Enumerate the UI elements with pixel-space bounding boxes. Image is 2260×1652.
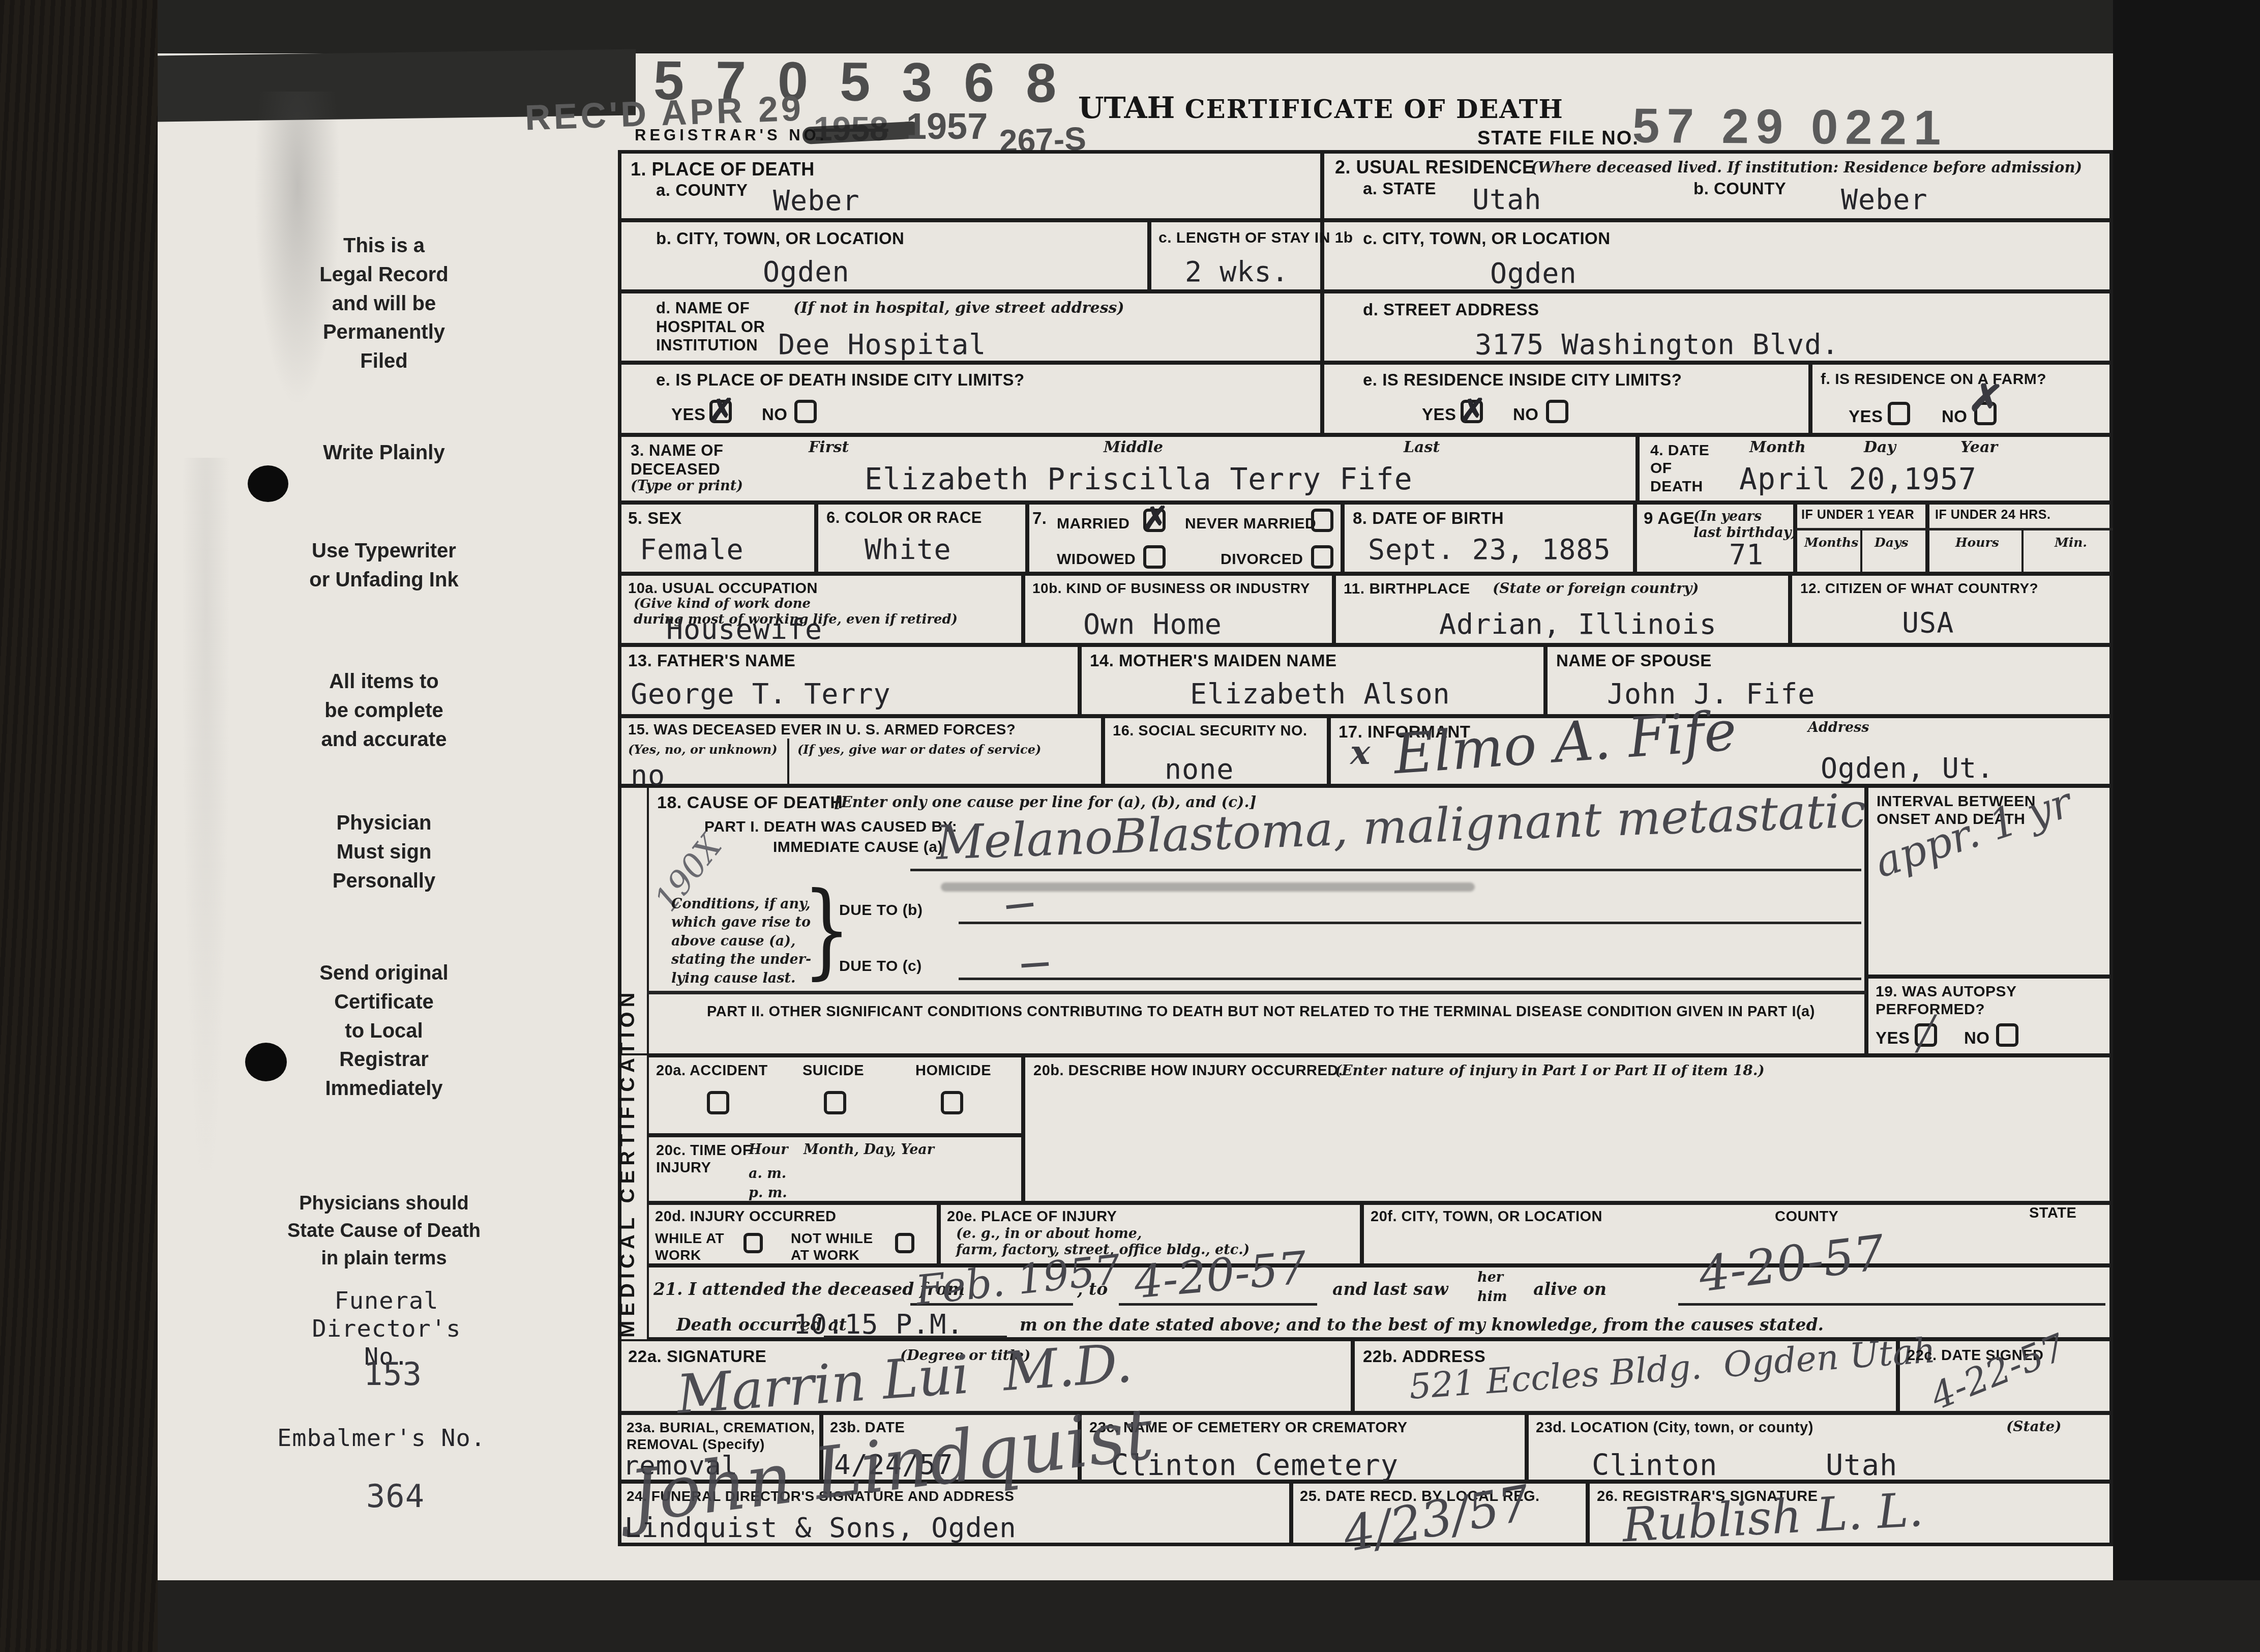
while-at-work-label: WHILE AT WORK <box>655 1230 724 1263</box>
margin-note-write-plainly: Write Plainly <box>270 438 498 467</box>
last-saw-label: and last saw <box>1332 1279 1448 1300</box>
farm-yes-checkbox <box>1888 402 1910 425</box>
death-city-limits-label: e. IS PLACE OF DEATH INSIDE CITY LIMITS? <box>656 370 1025 390</box>
type-or-print-note: (Type or print) <box>631 478 743 494</box>
days-label: Days <box>1875 535 1908 550</box>
to-label: , to <box>1077 1279 1108 1300</box>
min-label: Min. <box>2055 535 2087 550</box>
death-limits-no-checkbox <box>794 400 817 423</box>
widowed-label: WIDOWED <box>1057 550 1136 568</box>
first-label: First <box>809 438 849 457</box>
farm-no-check: ✗ <box>1966 373 2005 424</box>
state-file-no-label: STATE FILE NO. <box>1477 127 1639 150</box>
due-to-c-label: DUE TO (c) <box>839 957 922 975</box>
mother-value: Elizabeth Alson <box>1190 677 1450 710</box>
usual-residence-label: 2. USUAL RESIDENCE <box>1335 157 1534 178</box>
citizen-label: 12. CITIZEN OF WHAT COUNTRY? <box>1800 580 2038 597</box>
death-limits-yes-label: YES <box>671 405 706 425</box>
place-of-injury-label: 20e. PLACE OF INJURY <box>947 1208 1117 1225</box>
under24-col-divider <box>2021 530 2024 574</box>
res-state-label: a. STATE <box>1363 179 1436 199</box>
margin-note-plain-terms: Physicians should State Cause of Death i… <box>244 1190 524 1273</box>
margin-note-complete: All items to be complete and accurate <box>270 667 498 754</box>
homicide-checkbox <box>941 1091 963 1114</box>
conditions-note: Conditions, if any, which gave rise to a… <box>671 895 811 988</box>
mother-label: 14. MOTHER'S MAIDEN NAME <box>1090 651 1337 671</box>
title-state: UTAH <box>1078 91 1175 125</box>
accident-checkbox <box>707 1091 729 1114</box>
due-to-b-label: DUE TO (b) <box>839 901 923 919</box>
title-rest: CERTIFICATE OF DEATH <box>1175 94 1564 124</box>
embalmers-no-value: 364 <box>366 1478 425 1515</box>
father-label: 13. FATHER'S NAME <box>628 651 795 671</box>
never-married-checkbox <box>1311 509 1333 532</box>
informant-x-mark: x <box>1350 732 1370 772</box>
time-of-injury-label: 20c. TIME OF INJURY <box>656 1142 752 1176</box>
registrars-no-label: REGISTRAR'S NO. <box>635 126 827 145</box>
ghost-smudge <box>183 458 229 1170</box>
cemetery-city-value: Clinton <box>1592 1449 1717 1482</box>
res-city-label: c. CITY, TOWN, OR LOCATION <box>1363 229 1611 249</box>
punch-hole <box>248 465 288 502</box>
birthplace-label: 11. BIRTHPLACE <box>1344 580 1470 598</box>
autopsy-label: 19. WAS AUTOPSY PERFORMED? <box>1876 983 2017 1019</box>
cemetery-location-label: 23d. LOCATION (City, town, or county) <box>1536 1419 1813 1436</box>
farm-no-label: NO <box>1942 407 1968 427</box>
cause-of-death-label: 18. CAUSE OF DEATH <box>657 792 843 813</box>
hospital-value: Dee Hospital <box>778 328 986 361</box>
county-value: Weber <box>773 184 860 217</box>
married-label: MARRIED <box>1057 515 1130 533</box>
not-while-at-work-label: NOT WHILE AT WORK <box>791 1230 873 1263</box>
birthplace-value: Adrian, Illinois <box>1439 608 1717 640</box>
death-limits-no-label: NO <box>762 405 788 425</box>
dob-label: 8. DATE OF BIRTH <box>1353 509 1504 528</box>
street-address-label: d. STREET ADDRESS <box>1363 300 1539 320</box>
divorced-checkbox <box>1311 545 1333 569</box>
res-farm-label: f. IS RESIDENCE ON A FARM? <box>1821 370 2046 388</box>
her-label: her <box>1477 1270 1503 1286</box>
ssn-label: 16. SOCIAL SECURITY NO. <box>1113 722 1307 740</box>
margin-note-physician-sign: Physician Must sign Personally <box>270 809 498 895</box>
res-limits-no-checkbox <box>1546 400 1568 423</box>
alive-line <box>1678 1303 2105 1306</box>
city-of-death-label: b. CITY, TOWN, OR LOCATION <box>656 229 904 249</box>
business-value: Own Home <box>1083 608 1222 640</box>
age-value: 71 <box>1729 538 1764 571</box>
res-limits-yes-label: YES <box>1422 405 1456 425</box>
sex-value: Female <box>640 533 744 566</box>
father-value: George T. Terry <box>631 677 891 710</box>
accident-label: 20a. ACCIDENT <box>656 1062 768 1079</box>
autopsy-no-checkbox <box>1996 1023 2018 1047</box>
race-label: 6. COLOR OR RACE <box>826 509 982 527</box>
due-b-dash: — <box>1003 884 1037 923</box>
injury-city-label: 20f. CITY, TOWN, OR LOCATION <box>1371 1208 1602 1225</box>
armed-forces-divider <box>787 739 789 786</box>
am-label: a. m. <box>749 1166 786 1182</box>
not-while-at-work-checkbox <box>895 1233 914 1253</box>
scanned-death-certificate: { "colors": {"paper":"#e9e6e0","ink":"#1… <box>0 0 2260 1652</box>
margin-note-send-original: Send original Certificate to Local Regis… <box>270 959 498 1103</box>
injury-county-label: COUNTY <box>1775 1208 1838 1225</box>
armed-forces-note1: (Yes, no, or unknown) <box>628 743 778 757</box>
name-of-deceased-value: Elizabeth Priscilla Terry Fife <box>865 462 1413 496</box>
months-label: Months <box>1804 535 1858 550</box>
hospital-label: d. NAME OF HOSPITAL OR INSTITUTION <box>656 299 765 355</box>
citizen-value: USA <box>1902 606 1954 639</box>
usual-residence-note: (Where deceased lived. If institution: R… <box>1531 159 2082 176</box>
age-num: 9 AGE <box>1644 509 1694 528</box>
res-county-label: b. COUNTY <box>1693 179 1786 199</box>
state-file-no-value: 57 29 0221 <box>1632 98 1948 156</box>
him-label: him <box>1477 1289 1507 1305</box>
under1-col-divider <box>1860 530 1862 574</box>
day-label: Day <box>1864 438 1896 457</box>
name-of-deceased-label: 3. NAME OF DECEASED <box>631 441 723 479</box>
medical-certification-label: MEDICAL CERTIFICATION <box>616 961 639 1338</box>
last-label: Last <box>1404 438 1440 457</box>
part2-label: PART II. OTHER SIGNIFICANT CONDITIONS CO… <box>707 1003 1815 1020</box>
autopsy-no-label: NO <box>1964 1028 1990 1048</box>
sex-label: 5. SEX <box>628 509 682 528</box>
attended-tail: m on the date stated above; and to the b… <box>1020 1315 1824 1335</box>
funeral-directors-no-value: 153 <box>364 1355 422 1393</box>
farm-yes-label: YES <box>1849 407 1883 427</box>
margin-note-typewriter: Use Typewriter or Unfading Ink <box>259 537 509 595</box>
under-24-label: IF UNDER 24 HRS. <box>1935 508 2050 523</box>
due-b-line <box>959 922 1861 924</box>
ssn-value: none <box>1165 753 1234 785</box>
suicide-checkbox <box>824 1091 846 1114</box>
res-county-value: Weber <box>1841 183 1928 216</box>
autopsy-yes-label: YES <box>1876 1028 1910 1048</box>
armed-forces-label: 15. WAS DECEASED EVER IN U. S. ARMED FOR… <box>628 721 1016 739</box>
race-value: White <box>865 533 951 566</box>
while-at-work-checkbox <box>744 1233 763 1253</box>
scan-top-border <box>158 0 2260 53</box>
death-limits-yes-check: ✗ <box>708 392 735 429</box>
hours-label: Hours <box>1955 535 1999 550</box>
alive-on-label: alive on <box>1533 1279 1607 1300</box>
year-stamp: 1957 <box>906 106 988 147</box>
embalmers-no-label: Embalmer's No. <box>277 1424 486 1452</box>
hospital-note: (If not in hospital, give street address… <box>793 299 1124 317</box>
part1-label: PART I. DEATH WAS CAUSED BY: <box>704 818 957 836</box>
armed-forces-note2: (If yes, give war or dates of service) <box>797 743 1041 757</box>
mdy-label: Month, Day, Year <box>804 1142 934 1158</box>
page-title: UTAH CERTIFICATE OF DEATH <box>1078 91 1564 125</box>
divorced-label: DIVORCED <box>1221 550 1303 568</box>
describe-injury-label: 20b. DESCRIBE HOW INJURY OCCURRED. <box>1033 1062 1343 1079</box>
birthplace-note: (State or foreign country) <box>1493 580 1699 597</box>
under24-divider <box>1927 528 2113 530</box>
hour-label: Hour <box>749 1142 788 1158</box>
informant-address-label: Address <box>1808 720 1869 736</box>
cause-a-line <box>910 869 1861 871</box>
month-label: Month <box>1749 438 1806 457</box>
funeral-director-value: Lindquist & Sons, Ogden <box>625 1512 1017 1544</box>
due-c-line <box>959 978 1861 980</box>
res-state-value: Utah <box>1472 183 1541 216</box>
part2-divider <box>647 991 1866 994</box>
state-note: (State) <box>2006 1418 2062 1435</box>
age-note: (In years last birthday) <box>1693 509 1798 542</box>
homicide-label: HOMICIDE <box>915 1062 991 1079</box>
middle-label: Middle <box>1104 438 1163 457</box>
injury-state-label: STATE <box>2029 1204 2076 1222</box>
injury-occurred-label: 20d. INJURY OCCURRED <box>655 1208 836 1225</box>
death-time-value: 10:15 P.M. <box>793 1308 964 1340</box>
autopsy-yes-check: ╱ <box>1916 1015 1936 1053</box>
county-label: a. COUNTY <box>656 181 748 200</box>
under-1-year-label: IF UNDER 1 YEAR <box>1801 508 1914 523</box>
pm-label: p. m. <box>749 1185 787 1201</box>
res-limits-no-label: NO <box>1513 405 1539 425</box>
place-of-death-label: 1. PLACE OF DEATH <box>631 159 815 180</box>
date-of-death-label: 4. DATE OF DEATH <box>1650 441 1709 495</box>
suicide-label: SUICIDE <box>802 1062 864 1079</box>
describe-injury-note: (Enter nature of injury in Part I or Par… <box>1335 1062 1765 1079</box>
scan-bottom-border <box>158 1580 2260 1652</box>
married-check: ✗ <box>1142 499 1169 537</box>
dob-value: Sept. 23, 1885 <box>1368 533 1611 566</box>
margin-note-legal-record: This is a Legal Record and will be Perma… <box>270 231 498 376</box>
occupation-value: Housewife <box>666 613 822 645</box>
year-label: Year <box>1960 438 1998 457</box>
business-label: 10b. KIND OF BUSINESS OR INDUSTRY <box>1032 580 1310 597</box>
res-limits-yes-check: ✗ <box>1460 392 1486 429</box>
street-address-value: 3175 Washington Blvd. <box>1475 328 1839 361</box>
res-city-value: Ogden <box>1490 257 1577 289</box>
length-of-stay-value: 2 wks. <box>1185 255 1289 288</box>
scan-left-border <box>0 0 158 1652</box>
date-of-death-value: April 20,1957 <box>1739 462 1977 496</box>
never-married-label: NEVER MARRIED <box>1185 515 1316 533</box>
due-c-dash: — <box>1019 944 1052 982</box>
informant-address-value: Ogden, Ut. <box>1821 752 1994 784</box>
occupation-label: 10a. USUAL OCCUPATION <box>628 580 818 597</box>
spouse-label: NAME OF SPOUSE <box>1556 651 1712 671</box>
widowed-checkbox <box>1143 545 1166 569</box>
cemetery-state-value: Utah <box>1826 1449 1897 1482</box>
marital-num: 7. <box>1032 509 1047 528</box>
res-city-limits-label: e. IS RESIDENCE INSIDE CITY LIMITS? <box>1363 370 1682 390</box>
length-of-stay-label: c. LENGTH OF STAY IN 1b <box>1158 229 1353 247</box>
immediate-cause-label: IMMEDIATE CAUSE (a) <box>773 838 943 856</box>
city-of-death-value: Ogden <box>763 255 850 288</box>
scan-right-border <box>2113 0 2260 1652</box>
